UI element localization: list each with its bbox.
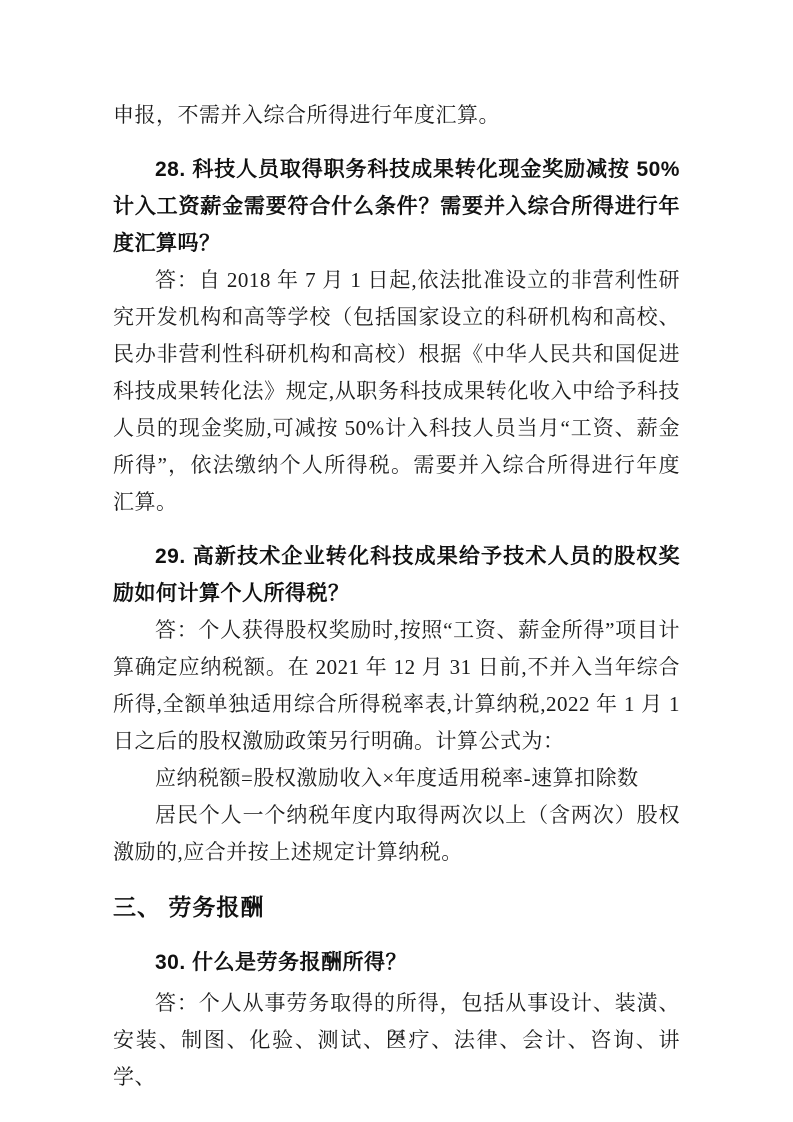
document-page: 申报，不需并入综合所得进行年度汇算。 28. 科技人员取得职务科技成果转化现金奖… [0,0,793,1122]
page-number: 24 [0,1026,793,1046]
question-28-answer: 答：自 2018 年 7 月 1 日起,依法批准设立的非营利性研究开发机构和高等… [113,262,680,521]
question-29-answer: 答：个人获得股权奖励时,按照“工资、薪金所得”项目计算确定应纳税额。在 2021… [113,612,680,760]
question-28-heading: 28. 科技人员取得职务科技成果转化现金奖励减按 50%计入工资薪金需要符合什么… [113,151,680,262]
document-content: 申报，不需并入综合所得进行年度汇算。 28. 科技人员取得职务科技成果转化现金奖… [113,97,680,1096]
question-29-note: 居民个人一个纳税年度内取得两次以上（含两次）股权激励的,应合并按上述规定计算纳税… [113,797,680,871]
question-29-heading: 29. 高新技术企业转化科技成果给予技术人员的股权奖励如何计算个人所得税？ [113,538,680,612]
question-30-heading: 30. 什么是劳务报酬所得？ [113,944,680,981]
question-29-formula: 应纳税额=股权激励收入×年度适用税率-速算扣除数 [113,760,680,797]
section-3-heading: 三、 劳务报酬 [113,887,680,927]
paragraph-continuation: 申报，不需并入综合所得进行年度汇算。 [113,97,680,134]
